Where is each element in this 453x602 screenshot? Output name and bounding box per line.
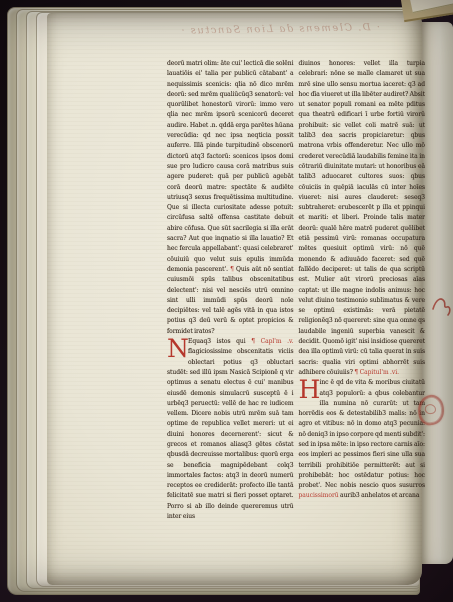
left-para1-text-b: Quis aūt nō sentiat cuiusmōi spūs talibu… [167,266,294,335]
book-photograph: deorū matri olim: āte cui' lecticā die s… [0,0,453,602]
right-paragraph-2: Hinc ē qd de vita & moribus ciuitatū atq… [299,378,426,502]
chapter5-heading: ¶ Capl'm .v. [251,338,293,345]
right-paragraph-1: diuinos honores: vellet illa turpia cele… [299,59,426,378]
left-para2-text: flagiciosissime obscenitatis viciis oble… [167,348,294,520]
right-para1-text: diuinos honores: vellet illa turpia cele… [299,60,426,376]
text-block: deorū matri olim: āte cui' lecticā die s… [167,59,425,571]
red-pen-flourish-mark [431,295,453,317]
manuscript-page: deorū matri olim: āte cui' lecticā die s… [47,13,422,585]
right-column: diuinos honores: vellet illa turpia cele… [299,59,426,571]
left-para1-text-a: deorū matri olim: āte cui' lecticā die s… [167,60,294,273]
chapter6-heading: ¶ Capitul'm .vi. [354,369,399,376]
rubricated-word: paucissimorū [299,492,339,499]
drop-cap-initial-n: N [167,338,186,359]
red-seal-smudge-core [424,403,436,414]
left-paragraph-1: deorū matri olim: āte cui' lecticā die s… [167,59,294,337]
left-paragraph-2: NEquaq3 istos qui ¶ Capl'm .v. flagicios… [167,337,294,522]
chapter5-opening-words: Equaq3 istos qui [188,338,251,345]
left-column: deorū matri olim: āte cui' lecticā die s… [167,59,294,571]
drop-cap-initial-h: H [299,379,318,400]
flourish-stroke [431,295,453,317]
right-para2-text-b: aurib3 anhelatos et arcana [339,492,420,499]
